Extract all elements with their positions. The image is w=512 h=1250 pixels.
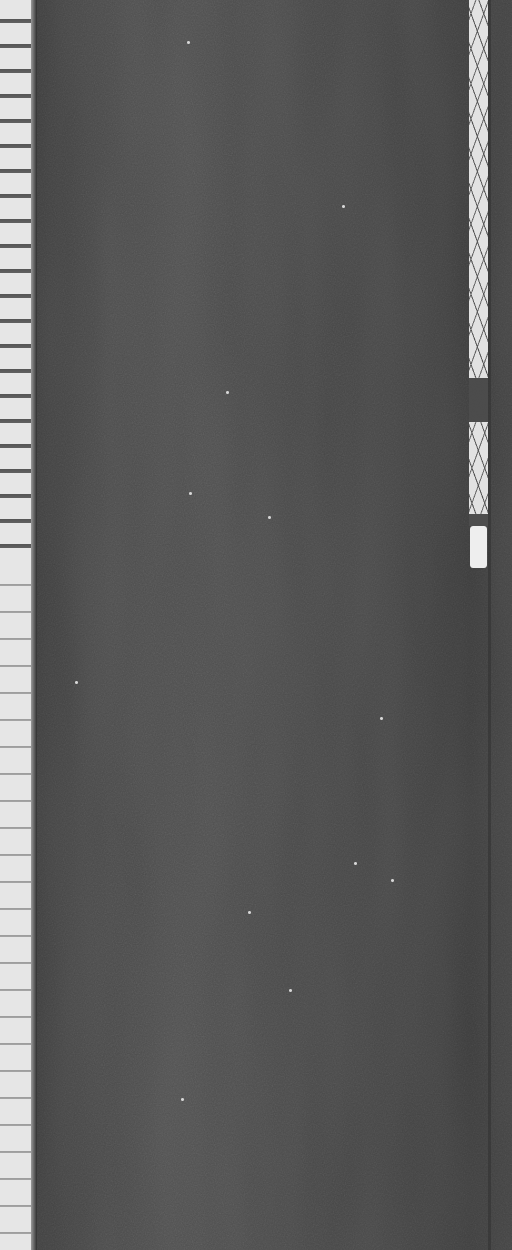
lane-marking-worn-blob xyxy=(470,526,487,568)
debris-speck xyxy=(342,205,345,208)
curb-edge-shadow xyxy=(31,0,37,1250)
asphalt-mottle xyxy=(0,0,512,1250)
debris-speck xyxy=(75,681,78,684)
debris-speck xyxy=(268,516,271,519)
lane-edge-shadow xyxy=(488,0,491,1250)
lane-marking-hatched-upper xyxy=(469,0,488,378)
curb-joints-lower xyxy=(0,560,33,1250)
lane-marking-worn-gap xyxy=(469,378,488,422)
debris-speck xyxy=(248,911,251,914)
road-scene: aerial-road-surface xyxy=(0,0,512,1250)
debris-speck xyxy=(226,391,229,394)
debris-speck xyxy=(380,717,383,720)
lane-marking-hatched-lower xyxy=(469,422,488,514)
debris-speck xyxy=(391,879,394,882)
curb-joints-upper xyxy=(0,0,33,560)
debris-speck xyxy=(354,862,357,865)
debris-speck xyxy=(289,989,292,992)
debris-speck xyxy=(189,492,192,495)
debris-speck xyxy=(187,41,190,44)
debris-speck xyxy=(181,1098,184,1101)
lane-marking-break xyxy=(469,514,488,526)
